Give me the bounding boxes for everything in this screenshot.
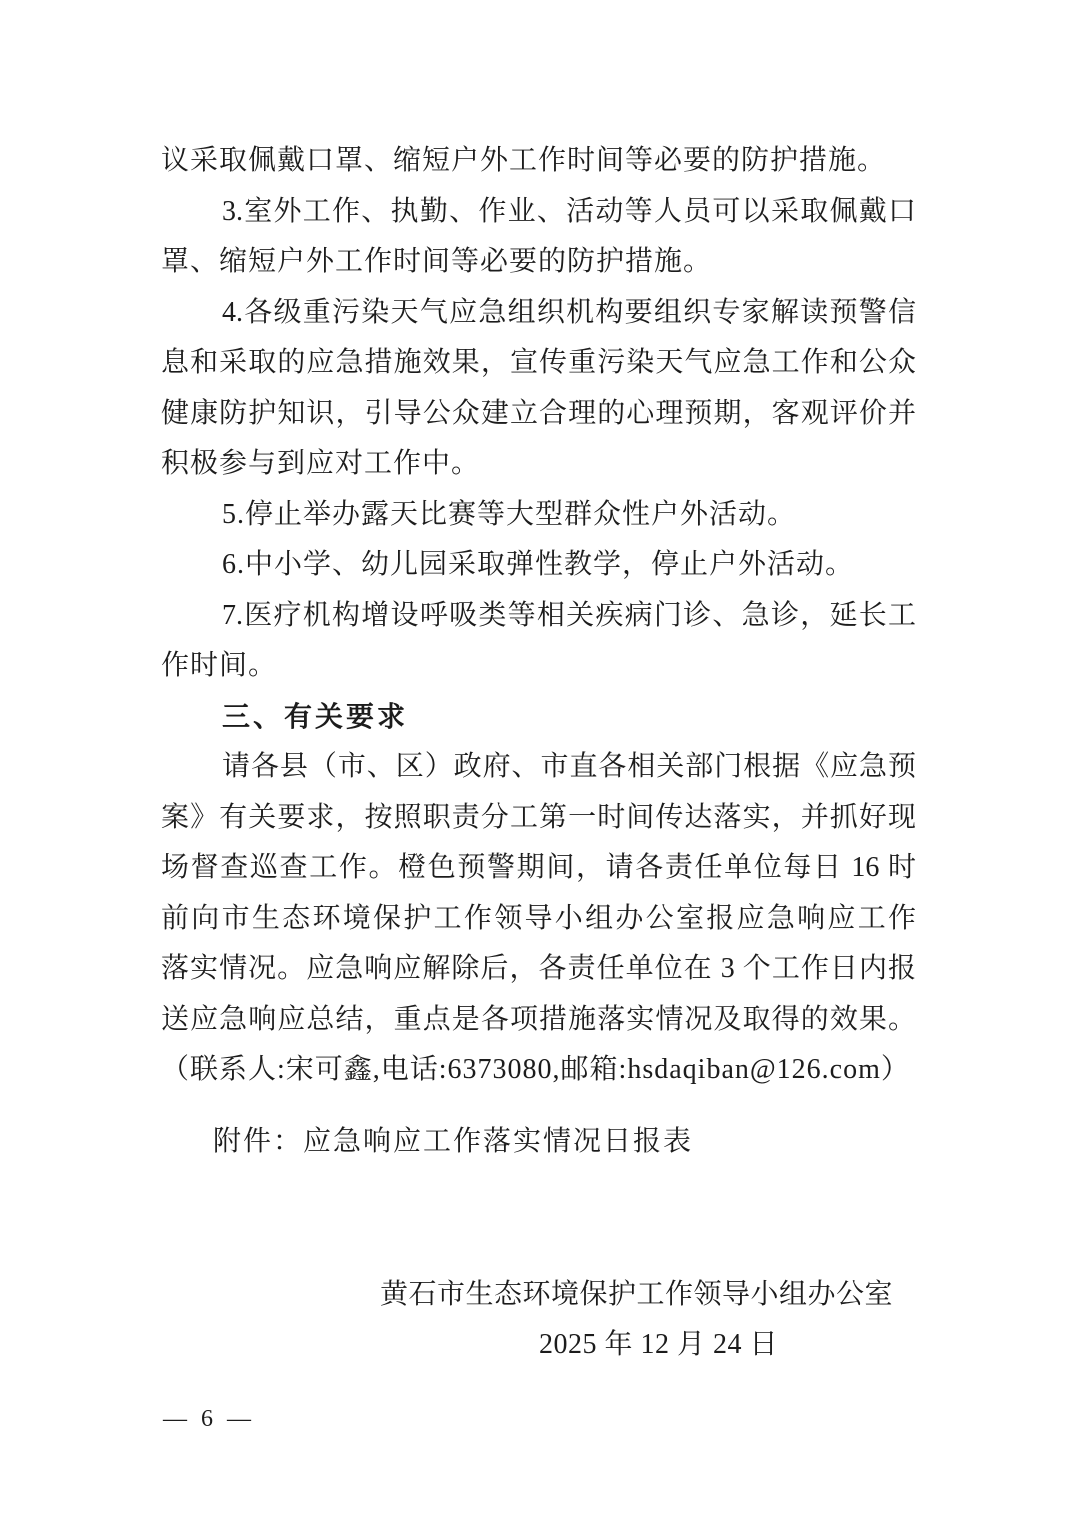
attachment-line: 附件：应急响应工作落实情况日报表 [161, 1117, 916, 1168]
body-line: 健康防护知识，引导公众建立合理的心理预期，客观评价并 [161, 389, 916, 440]
document-body: 议采取佩戴口罩、缩短户外工作时间等必要的防护措施。 3.室外工作、执勤、作业、活… [161, 136, 916, 1167]
body-line: 积极参与到应对工作中。 [161, 439, 916, 490]
body-line-item-5: 5.停止举办露天比赛等大型群众性户外活动。 [161, 490, 916, 541]
body-line: 议采取佩戴口罩、缩短户外工作时间等必要的防护措施。 [161, 136, 916, 187]
body-line: 场督查巡查工作。橙色预警期间，请各责任单位每日 16 时 [161, 843, 916, 894]
body-line: 作时间。 [161, 641, 916, 692]
section-heading: 三、有关要求 [161, 692, 916, 743]
body-line-item-7: 7.医疗机构增设呼吸类等相关疾病门诊、急诊，延长工 [161, 591, 916, 642]
document-page: 议采取佩戴口罩、缩短户外工作时间等必要的防护措施。 3.室外工作、执勤、作业、活… [0, 0, 1074, 1520]
page-number: — 6 — [163, 1402, 255, 1436]
contact-line: （联系人:宋可鑫,电话:6373080,邮箱:hsdaqiban@126.com… [161, 1045, 916, 1096]
body-line: 息和采取的应急措施效果，宣传重污染天气应急工作和公众 [161, 338, 916, 389]
body-line-item-4: 4.各级重污染天气应急组织机构要组织专家解读预警信 [161, 288, 916, 339]
body-line: 案》有关要求，按照职责分工第一时间传达落实，并抓好现 [161, 793, 916, 844]
body-line-item-3: 3.室外工作、执勤、作业、活动等人员可以采取佩戴口 [161, 187, 916, 238]
body-line: 前向市生态环境保护工作领导小组办公室报应急响应工作 [161, 894, 916, 945]
signature-date: 2025 年 12 月 24 日 [539, 1320, 778, 1370]
body-line-item-6: 6.中小学、幼儿园采取弹性教学，停止户外活动。 [161, 540, 916, 591]
body-line: 送应急响应总结，重点是各项措施落实情况及取得的效果。 [161, 995, 916, 1046]
body-line: 罩、缩短户外工作时间等必要的防护措施。 [161, 237, 916, 288]
body-line: 落实情况。应急响应解除后，各责任单位在 3 个工作日内报 [161, 944, 916, 995]
body-line: 请各县（市、区）政府、市直各相关部门根据《应急预 [161, 742, 916, 793]
signature-organization: 黄石市生态环境保护工作领导小组办公室 [380, 1270, 893, 1320]
